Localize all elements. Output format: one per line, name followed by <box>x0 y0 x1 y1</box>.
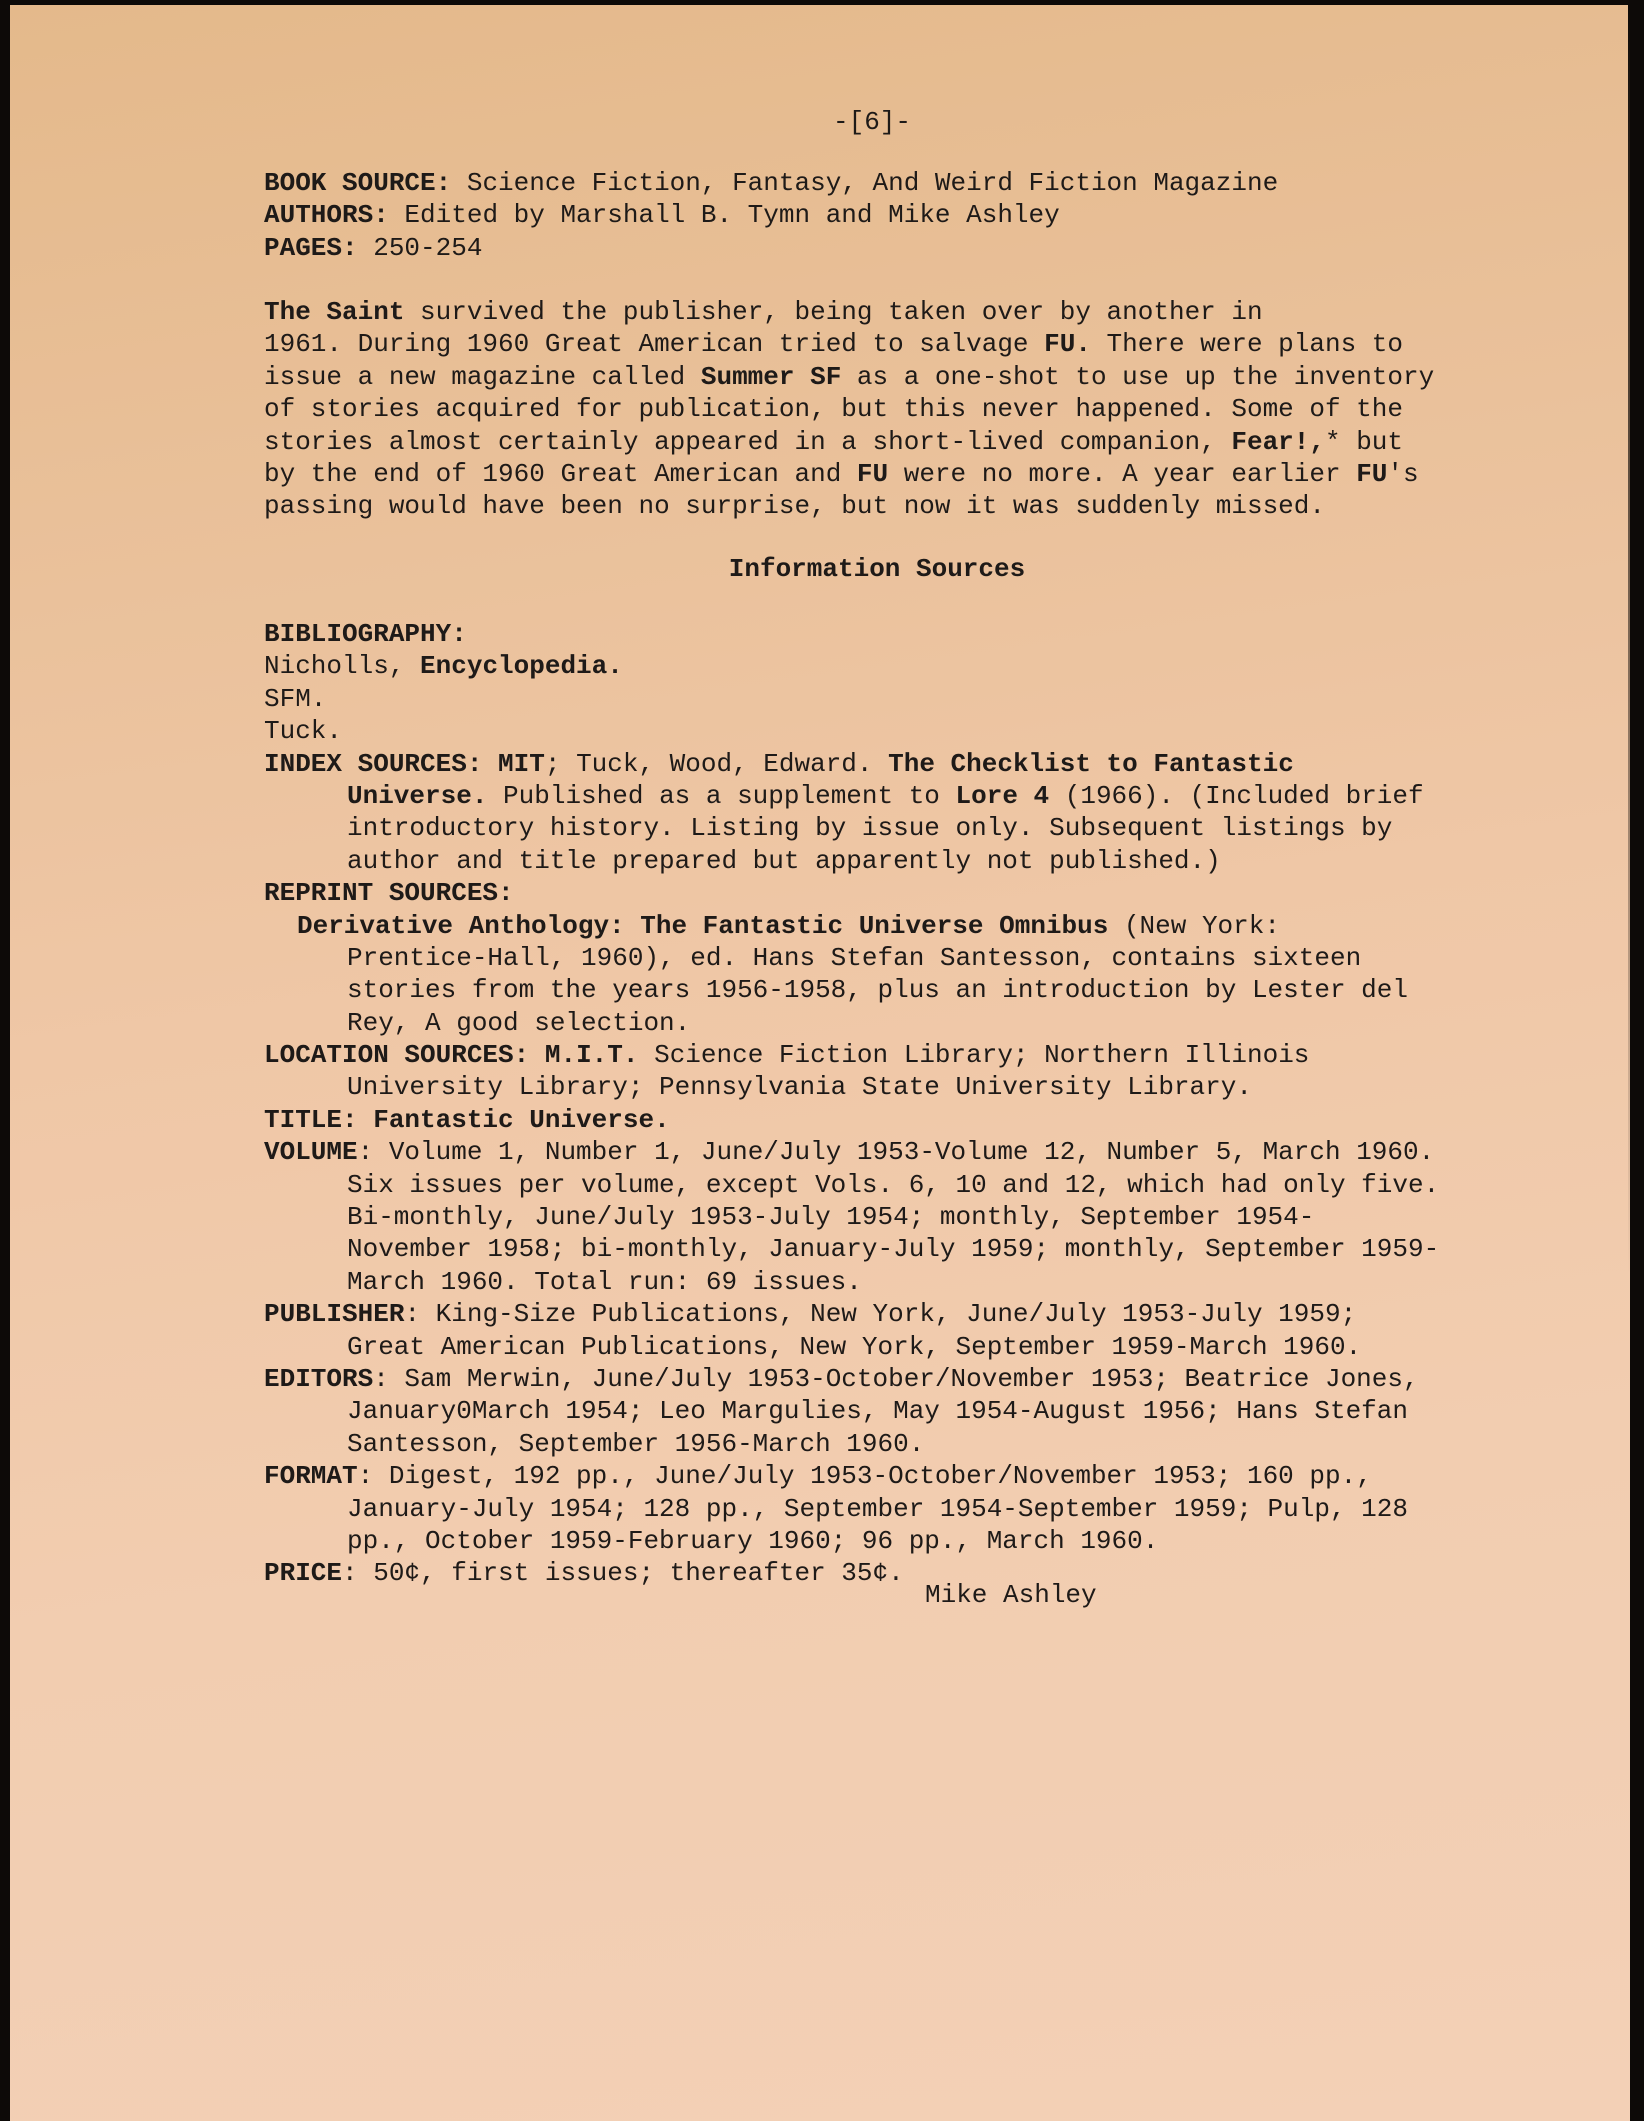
text-run: January-July 1954; 128 pp., September 19… <box>347 1494 1408 1524</box>
bold-text: PRICE <box>264 1558 342 1588</box>
source-line: VOLUME: Volume 1, Number 1, June/July 19… <box>264 1136 1514 1168</box>
bold-text: The Saint <box>264 297 404 327</box>
text-run: : Sam Merwin, June/July 1953-October/Nov… <box>373 1364 1418 1394</box>
source-line: TITLE: Fantastic Universe. <box>264 1104 1514 1136</box>
text-run: passing would have been no surprise, but… <box>264 491 1325 521</box>
text-run: * but <box>1325 427 1403 457</box>
source-line: EDITORS: Sam Merwin, June/July 1953-Octo… <box>264 1363 1514 1395</box>
bold-text: FU. <box>1044 329 1091 359</box>
bold-text: The Checklist to Fantastic <box>888 749 1294 779</box>
bold-text: EDITORS <box>264 1364 373 1394</box>
source-line: Universe. Published as a supplement to L… <box>264 780 1514 812</box>
source-line: Santesson, September 1956-March 1960. <box>264 1428 1514 1460</box>
section-heading: Information Sources <box>264 553 1490 585</box>
author-signature: Mike Ashley <box>925 1579 1097 1611</box>
book-source-line: BOOK SOURCE: Science Fiction, Fantasy, A… <box>264 167 1514 199</box>
bold-text: FU <box>857 459 888 489</box>
paragraph-line: of stories acquired for publication, but… <box>264 393 1514 425</box>
text-run: Six issues per volume, except Vols. 6, 1… <box>347 1170 1439 1200</box>
text-run <box>482 749 498 779</box>
text-run: Great American Publications, New York, S… <box>347 1332 1361 1362</box>
authors-value: Edited by Marshall B. Tymn and Mike Ashl… <box>389 200 1060 230</box>
text-run: by the end of 1960 Great American and <box>264 459 857 489</box>
source-line: Tuck. <box>264 715 1514 747</box>
pages-line: PAGES: 250-254 <box>264 232 1514 264</box>
book-source-label: BOOK SOURCE: <box>264 168 451 198</box>
source-line: LOCATION SOURCES: M.I.T. Science Fiction… <box>264 1039 1514 1071</box>
text-run: (1966). (Included brief <box>1049 781 1423 811</box>
source-line: January-July 1954; 128 pp., September 19… <box>264 1493 1514 1525</box>
text-run: survived the publisher, being taken over… <box>404 297 1262 327</box>
authors-line: AUTHORS: Edited by Marshall B. Tymn and … <box>264 199 1514 231</box>
source-line: University Library; Pennsylvania State U… <box>264 1071 1514 1103</box>
text-run: 1961. During 1960 Great American tried t… <box>264 329 1044 359</box>
book-source-value: Science Fiction, Fantasy, And Weird Fict… <box>451 168 1278 198</box>
paragraph-line: 1961. During 1960 Great American tried t… <box>264 328 1514 360</box>
bold-text: Summer SF <box>701 362 841 392</box>
paragraph-line: stories almost certainly appeared in a s… <box>264 426 1514 458</box>
source-line: INDEX SOURCES: MIT; Tuck, Wood, Edward. … <box>264 748 1514 780</box>
text-run: introductory history. Listing by issue o… <box>347 813 1392 843</box>
text-run: author and title prepared but apparently… <box>347 846 1221 876</box>
paragraph-line: passing would have been no surprise, but… <box>264 490 1514 522</box>
book-source-header: BOOK SOURCE: Science Fiction, Fantasy, A… <box>264 167 1514 264</box>
bold-text: TITLE: Fantastic Universe. <box>264 1105 670 1135</box>
page-number: -[6]- <box>10 106 1644 138</box>
text-run: : Volume 1, Number 1, June/July 1953-Vol… <box>358 1137 1435 1167</box>
text-run: SFM. <box>264 684 326 714</box>
text-run: were no more. A year earlier <box>888 459 1356 489</box>
bold-text: FORMAT <box>264 1461 358 1491</box>
bold-text: Lore 4 <box>956 781 1050 811</box>
source-line: pp., October 1959-February 1960; 96 pp.,… <box>264 1525 1514 1557</box>
text-run: : Digest, 192 pp., June/July 1953-Octobe… <box>358 1461 1372 1491</box>
information-sources-list: BIBLIOGRAPHY:Nicholls, Encyclopedia.SFM.… <box>264 618 1514 1590</box>
text-run: Rey, A good selection. <box>347 1008 690 1038</box>
source-line: January0March 1954; Leo Margulies, May 1… <box>264 1395 1514 1427</box>
source-line: March 1960. Total run: 69 issues. <box>264 1266 1514 1298</box>
source-line: author and title prepared but apparently… <box>264 845 1514 877</box>
bold-text: REPRINT SOURCES: <box>264 878 514 908</box>
source-line: Six issues per volume, except Vols. 6, 1… <box>264 1169 1514 1201</box>
bold-text: BIBLIOGRAPHY: <box>264 619 467 649</box>
source-line: November 1958; bi-monthly, January-July … <box>264 1233 1514 1265</box>
source-line: FORMAT: Digest, 192 pp., June/July 1953-… <box>264 1460 1514 1492</box>
body-paragraph: The Saint survived the publisher, being … <box>264 296 1514 523</box>
text-run: : King-Size Publications, New York, June… <box>404 1299 1356 1329</box>
source-line: Nicholls, Encyclopedia. <box>264 650 1514 682</box>
source-line: PUBLISHER: King-Size Publications, New Y… <box>264 1298 1514 1330</box>
bold-text: LOCATION SOURCES: <box>264 1040 529 1070</box>
text-run: Nicholls, <box>264 651 420 681</box>
text-run: There were plans to <box>1091 329 1403 359</box>
text-run: (New York: <box>1108 911 1280 941</box>
text-run: Bi-monthly, June/July 1953-July 1954; mo… <box>347 1202 1314 1232</box>
bold-text: Encyclopedia. <box>420 651 623 681</box>
source-line: Great American Publications, New York, S… <box>264 1331 1514 1363</box>
text-run: : 50¢, first issues; thereafter 35¢. <box>342 1558 904 1588</box>
bold-text: MIT <box>498 749 545 779</box>
bold-text: Derivative Anthology: The Fantastic Univ… <box>297 911 1108 941</box>
text-run: of stories acquired for publication, but… <box>264 394 1403 424</box>
bold-text: Universe. <box>347 781 487 811</box>
paragraph-line: by the end of 1960 Great American and FU… <box>264 458 1514 490</box>
text-run: Prentice-Hall, 1960), ed. Hans Stefan Sa… <box>347 943 1361 973</box>
text-run: pp., October 1959-February 1960; 96 pp.,… <box>347 1526 1158 1556</box>
text-run: ; Tuck, Wood, Edward. <box>545 749 888 779</box>
bold-text: INDEX SOURCES: <box>264 749 482 779</box>
paragraph-line: issue a new magazine called Summer SF as… <box>264 361 1514 393</box>
source-line: introductory history. Listing by issue o… <box>264 812 1514 844</box>
source-line: SFM. <box>264 683 1514 715</box>
source-line: BIBLIOGRAPHY: <box>264 618 1514 650</box>
text-run: Tuck. <box>264 716 342 746</box>
text-run <box>529 1040 545 1070</box>
document-page: -[6]- BOOK SOURCE: Science Fiction, Fant… <box>10 5 1630 2121</box>
source-line: Derivative Anthology: The Fantastic Univ… <box>264 910 1514 942</box>
text-run: Santesson, September 1956-March 1960. <box>347 1429 924 1459</box>
text-run: issue a new magazine called <box>264 362 701 392</box>
text-run: 's <box>1387 459 1418 489</box>
bold-text: Fear!, <box>1231 427 1325 457</box>
source-line: REPRINT SOURCES: <box>264 877 1514 909</box>
text-run: November 1958; bi-monthly, January-July … <box>347 1234 1439 1264</box>
source-line: Bi-monthly, June/July 1953-July 1954; mo… <box>264 1201 1514 1233</box>
paragraph-line: The Saint survived the publisher, being … <box>264 296 1514 328</box>
text-run: January0March 1954; Leo Margulies, May 1… <box>347 1396 1408 1426</box>
source-line: Prentice-Hall, 1960), ed. Hans Stefan Sa… <box>264 942 1514 974</box>
source-line: stories from the years 1956-1958, plus a… <box>264 974 1514 1006</box>
authors-label: AUTHORS: <box>264 200 389 230</box>
text-run: Science Fiction Library; Northern Illino… <box>638 1040 1309 1070</box>
bold-text: PUBLISHER <box>264 1299 404 1329</box>
source-line: Rey, A good selection. <box>264 1007 1514 1039</box>
information-sources-title: Information Sources <box>729 554 1025 584</box>
text-run: as a one-shot to use up the inventory <box>841 362 1434 392</box>
text-run: stories from the years 1956-1958, plus a… <box>347 975 1408 1005</box>
bold-text: FU <box>1356 459 1387 489</box>
pages-label: PAGES: <box>264 233 358 263</box>
text-run: Published as a supplement to <box>487 781 955 811</box>
bold-text: VOLUME <box>264 1137 358 1167</box>
text-run: stories almost certainly appeared in a s… <box>264 427 1231 457</box>
text-run: March 1960. Total run: 69 issues. <box>347 1267 862 1297</box>
source-line: PRICE: 50¢, first issues; thereafter 35¢… <box>264 1557 1514 1589</box>
bold-text: M.I.T. <box>545 1040 639 1070</box>
pages-value: 250-254 <box>358 233 483 263</box>
text-run: University Library; Pennsylvania State U… <box>347 1072 1252 1102</box>
